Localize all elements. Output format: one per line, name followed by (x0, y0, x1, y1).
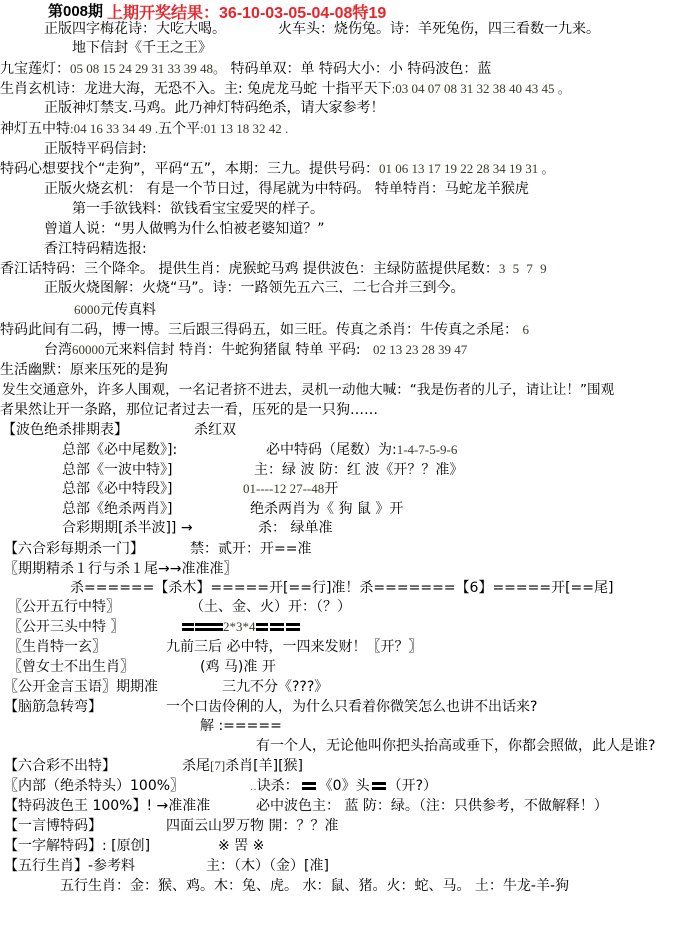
zodiac-poem-label: 生肖玄机诗：龙进大海，无恐不入。主: 兔虎龙马蛇 十指平天下 (0, 81, 392, 97)
half-wave-label: 合彩期期[杀半波]] → (62, 519, 193, 537)
segment-open: 开 (324, 481, 338, 497)
five-flat-numbers: :01 13 18 32 42 . (200, 121, 288, 136)
golden-words-label: 〖公开金言玉语〗期期准 (4, 678, 158, 696)
brain-teaser-question: 一个口齿伶俐的人，为什么只看着你微笑怎么也讲不出话来? (166, 698, 537, 716)
fax-content: 特码此间有二码，博一博。三后跟三得码五，如三旺。传真之杀肖：牛传真之杀尾： (0, 322, 518, 338)
five-element-zodiac-label: 【五行生肖】-参考料 (4, 857, 135, 875)
five-elements-value: （土、金、火）开：（？） (190, 598, 351, 616)
taiwan-amount: 60000 (72, 342, 105, 357)
taiwan-line: 台湾60000元来料信封 特肖：牛蛇狗猪鼠 特单 平码: 02 13 23 28… (44, 341, 467, 359)
zodiac-poem-line: 生肖玄机诗：龙进大海，无恐不入。主: 兔虎龙马蛇 十指平天下:03 04 07 … (0, 80, 571, 98)
issue-title: 第008期 (48, 0, 103, 21)
hq-tail-label: 总部《必中尾数》]: (62, 441, 177, 459)
train-head-poem: 火车头：烧伤兔。诗：羊死兔伤，四三看数一九来。 (278, 20, 600, 38)
one-word-bet-value: 四面云山罗万物 開：？？准 (166, 817, 338, 835)
hq-tail-text: 必中特码（尾数）为: (266, 442, 397, 458)
ms-zeng-label: 〖曾女士不出生肖〗 (8, 658, 134, 676)
no-special-label: 【六合彩不出特】 (4, 757, 116, 775)
nine-lotus-numbers: 05 08 15 24 29 31 33 39 48。 (70, 61, 226, 76)
black-bar-icon (286, 621, 300, 633)
five-elements-label: 〖公开五行中特〗 (8, 598, 120, 616)
precise-kill-value: 杀======【杀木】=====开[==行]准！杀=======【6】=====… (70, 579, 613, 597)
five-flat-label: 五个平 (158, 121, 200, 137)
precise-kill-title: 〖期期精杀１行与杀１尾→→准准准〗 (4, 560, 237, 578)
humor-story-1: 发生交通意外，许多人围观，一名记者挤不进去，灵机一动他大喊：“我是伤者的儿子，请… (2, 381, 614, 399)
five-element-zodiac-value: 主：（木）（金）[准] (206, 857, 329, 875)
hq-wave-label: 总部《一波中特》] (62, 461, 172, 479)
kill-decision-label: 诀杀： (257, 778, 299, 794)
lamp-five-line: 神灯五中特:04 16 33 34 49 .五个平:01 13 18 32 42… (0, 120, 288, 138)
no-special-value: 杀尾[7]杀肖[羊][猴] (182, 757, 303, 775)
tail-numbers: 3 5 7 9 (499, 261, 549, 276)
one-char-value: ※ 罟 ※ (218, 837, 264, 855)
fax-content-line: 特码此间有二码，博一博。三后跟三得码五，如三旺。传真之杀肖：牛传真之杀尾： 6 (0, 321, 529, 339)
kill-zodiac-label: 杀肖 (225, 758, 253, 774)
five-element-zodiac-list: 五行生肖：金：猴、鸡。木：兔、虎。 水：鼠、猪。火：蛇、马。 土：牛龙-羊-狗 (60, 877, 569, 895)
underground-envelope: 地下信封《千王之王》 (72, 39, 212, 57)
black-bar-icon (195, 621, 223, 633)
kill-tail-label: 杀尾 (182, 758, 210, 774)
inner-kill-head-label: 〖内部（绝杀特头）100%〗 (4, 777, 184, 795)
brain-teaser-question-2: 有一个人，无论他叫你把头抬高或垂下，你都会照做，此人是谁? (256, 737, 655, 755)
black-bar-icon (270, 621, 284, 633)
one-word-bet-label: 【一言博特码】 (4, 817, 102, 835)
lamp-five-numbers: :04 16 33 34 49 . (70, 121, 158, 136)
hq-tail-numbers: 1-4-7-5-9-6 (397, 442, 458, 457)
xiangjiang-line: 香江话特码：三个降伞。 提供生肖：虎猴蛇马鸡 提供波色：主绿防蓝提供尾数：3 5… (0, 260, 549, 278)
kill-head-value: 《0》头 (319, 778, 370, 794)
wave-kill-title: 【波色绝杀排期表】 (2, 421, 128, 439)
humor-title: 生活幽默：原来压死的是狗 (0, 361, 168, 379)
special-attributes: 特码单双：单 特码大小：小 特码波色：蓝 (230, 61, 491, 77)
first-hand-line: 第一手欲钱料：欲钱看宝宝爱哭的样子。 (72, 200, 324, 218)
black-bar-icon (302, 780, 316, 792)
xiangjiang-title: 香江特码精选报: (44, 240, 147, 258)
wave-king-label: 【特码波色王 100%】! →准准准 (4, 797, 210, 815)
one-char-label: 【一字解特码】: [原创] (4, 837, 150, 855)
xiangjiang-label: 香江话特码：三个降伞。 提供生肖：虎猴蛇马鸡 提供波色：主绿防蓝提供尾数： (0, 261, 499, 277)
fire-mystery-line: 正版火烧玄机： 有是一个节日过，得尾就为中特码。 特单特肖：马蛇龙羊猴虎 (44, 180, 529, 198)
special-wish-label: 特码心想要找个“走狗”，平码“五”，本期：三九。提供号码： (0, 161, 379, 177)
kill-tail-value: [7] (210, 758, 225, 773)
hq-tail-value: 必中特码（尾数）为:1-4-7-5-9-6 (266, 441, 457, 459)
taiwan-numbers: 02 13 23 28 39 47 (373, 342, 467, 357)
provided-numbers: 01 06 13 17 19 22 28 34 19 31 。 (379, 161, 555, 176)
special-flat-envelope: 正版特平码信封: (44, 140, 147, 158)
fax-kill-tail: 6 (522, 322, 529, 337)
brain-teaser-answer-label: 解 :===== (200, 717, 282, 735)
zodiac-one-value: 九前三后 必中特，一四来发财！〖开？〗 (166, 638, 422, 656)
open-question: （开?） (388, 778, 437, 794)
fax-amount: 6000 (74, 302, 100, 317)
segment-numbers: 01----12 27--48 (243, 481, 324, 496)
humor-story-2: 者果然让开一条路，那位记者过去一看，压死的是一只狗…… (0, 401, 378, 419)
hq-kill-two-label: 总部《绝杀两肖》] (62, 500, 172, 518)
ms-zeng-value: (鸡 马)准 开 (200, 658, 276, 676)
hq-segment-value: 01----12 27--48开 (243, 480, 338, 498)
special-wish-line: 特码心想要找个“走狗”，平码“五”，本期：三九。提供号码：01 06 13 17… (0, 160, 555, 178)
hq-wave-value: 主：绿 波 防：红 波《开？？准》 (254, 461, 463, 479)
taiwan-content: 元来料信封 特肖：牛蛇狗猪鼠 特单 平码: (105, 342, 361, 358)
three-heads-label: 〖公开三头中特 〗 (8, 618, 124, 636)
nine-lotus-line: 九宝莲灯：05 08 15 24 29 31 33 39 48。 特码单双：单 … (0, 60, 491, 78)
fire-diagram-line: 正版火烧图解：火烧“马”。诗：一路领先五六三，二七合并三到今。 (44, 279, 465, 293)
black-bar-icon (372, 780, 386, 792)
black-bar-icon (182, 621, 194, 633)
wave-king-value: 必中波色主： 蓝 防：绿。（注：只供参考，不做解释！） (256, 797, 608, 815)
kill-zodiac-value: [羊][猴] (253, 758, 303, 774)
zodiac-one-label: 〖生肖特一玄〗 (8, 638, 106, 656)
lamp-five-label: 神灯五中特 (0, 121, 70, 137)
zeng-daoren-line: 曾道人说：“男人做鸭为什么怕被老婆知道？” (44, 220, 325, 238)
three-heads-value: 2*3*4 (182, 618, 300, 636)
fax-title: 6000元传真料 (74, 301, 156, 319)
black-bar-icon (256, 621, 268, 633)
inner-kill-head-value: ‥诀杀：《0》头（开?） (250, 777, 437, 797)
three-heads-numbers: 2*3*4 (223, 619, 256, 634)
brain-teaser-label: 【脑筋急转弯】 (4, 698, 102, 716)
nine-lotus-label: 九宝莲灯： (0, 61, 70, 77)
taiwan-label: 台湾 (44, 342, 72, 358)
lamp-forbidden-line: 正版神灯禁支.马鸡。此乃神灯特码绝杀，请大家参考！ (44, 99, 384, 117)
plum-poem: 正版四字梅花诗：大吃大喝。 (44, 20, 226, 38)
zodiac-poem-numbers: :03 04 07 08 31 32 38 40 43 45 。 (392, 81, 571, 96)
hq-kill-two-value: 绝杀两肖为《 狗 鼠 》开 (250, 500, 403, 518)
kill-one-label: 【六合彩每期杀一门】 (4, 540, 144, 558)
golden-words-value: 三九不分《???》 (222, 678, 328, 696)
half-wave-value: 杀： 绿单准 (258, 519, 332, 537)
hq-segment-label: 总部《必中特段》] (62, 480, 172, 498)
kill-one-value: 禁：贰开：开==准 (190, 540, 311, 558)
wave-kill-value: 杀红双 (194, 421, 236, 439)
fax-label: 元传真料 (100, 302, 156, 318)
